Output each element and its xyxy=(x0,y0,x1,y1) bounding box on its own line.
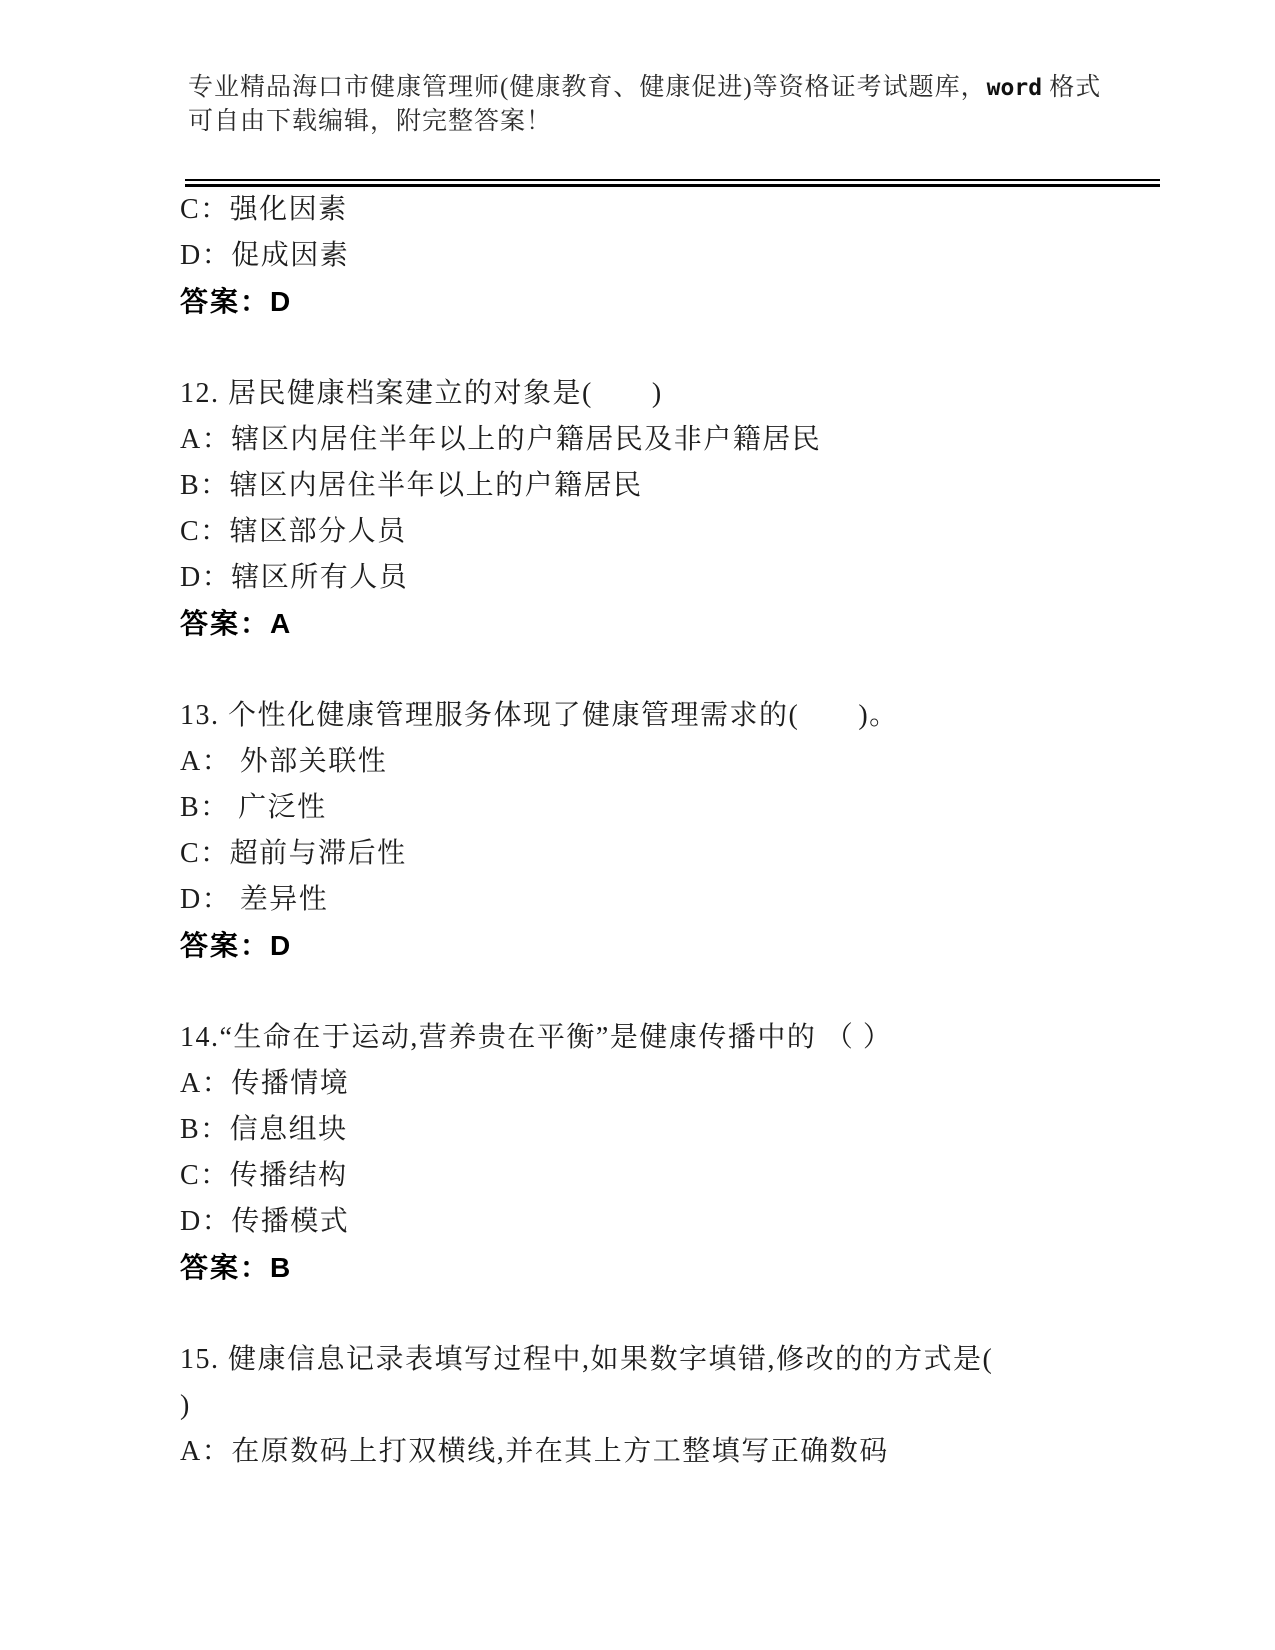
paragraph-spacer xyxy=(180,969,1110,1015)
header-line-2: 可自由下载编辑，附完整答案！ xyxy=(188,105,1165,138)
q11-answer: 答案：D xyxy=(180,279,1110,325)
q12-answer: 答案：A xyxy=(180,601,1110,647)
page-header: 专业精品海口市健康管理师(健康教育、健康促进)等资格证考试题库，word 格式 … xyxy=(188,71,1165,138)
q14-option-b: B：信息组块 xyxy=(180,1107,1110,1153)
q12-option-d: D：辖区所有人员 xyxy=(180,555,1110,601)
q11-option-d: D：促成因素 xyxy=(180,233,1110,279)
paragraph-spacer xyxy=(180,647,1110,693)
q14-title: 14.“生命在于运动,营养贵在平衡”是健康传播中的 （ ） xyxy=(180,1015,1110,1061)
question-list: C：强化因素 D：促成因素 答案：D 12. 居民健康档案建立的对象是( ) A… xyxy=(180,187,1110,1475)
q15-title-line-2: ) xyxy=(180,1383,1110,1429)
q11-option-c: C：强化因素 xyxy=(180,187,1110,233)
q13-answer: 答案：D xyxy=(180,923,1110,969)
document-page: 专业精品海口市健康管理师(健康教育、健康促进)等资格证考试题库，word 格式 … xyxy=(0,0,1275,1650)
q14-option-c: C：传播结构 xyxy=(180,1153,1110,1199)
question-14: 14.“生命在于运动,营养贵在平衡”是健康传播中的 （ ） A：传播情境 B：信… xyxy=(180,1015,1110,1291)
q14-option-d: D：传播模式 xyxy=(180,1199,1110,1245)
question-13: 13. 个性化健康管理服务体现了健康管理需求的( )。 A： 外部关联性 B： … xyxy=(180,693,1110,969)
q12-option-a: A：辖区内居住半年以上的户籍居民及非户籍居民 xyxy=(180,417,1110,463)
header-line-1: 专业精品海口市健康管理师(健康教育、健康促进)等资格证考试题库，word 格式 xyxy=(188,71,1165,105)
q15-title-line-1: 15. 健康信息记录表填写过程中,如果数字填错,修改的的方式是( xyxy=(180,1337,1110,1383)
q12-option-b: B：辖区内居住半年以上的户籍居民 xyxy=(180,463,1110,509)
q13-option-a: A： 外部关联性 xyxy=(180,739,1110,785)
q13-option-b: B： 广泛性 xyxy=(180,785,1110,831)
q12-option-c: C：辖区部分人员 xyxy=(180,509,1110,555)
header-line-1-pre: 专业精品海口市健康管理师(健康教育、健康促进)等资格证考试题库， xyxy=(188,74,987,101)
q14-answer: 答案：B xyxy=(180,1245,1110,1291)
paragraph-spacer xyxy=(180,1291,1110,1337)
header-line-1-post: 格式 xyxy=(1042,74,1101,101)
q13-title: 13. 个性化健康管理服务体现了健康管理需求的( )。 xyxy=(180,693,1110,739)
question-15: 15. 健康信息记录表填写过程中,如果数字填错,修改的的方式是( ) A：在原数… xyxy=(180,1337,1110,1475)
q13-option-c: C：超前与滞后性 xyxy=(180,831,1110,877)
q15-option-a: A：在原数码上打双横线,并在其上方工整填写正确数码 xyxy=(180,1429,1110,1475)
question-11-fragment: C：强化因素 D：促成因素 答案：D xyxy=(180,187,1110,325)
q13-option-d: D： 差异性 xyxy=(180,877,1110,923)
header-word-label: word xyxy=(987,75,1042,101)
q12-title: 12. 居民健康档案建立的对象是( ) xyxy=(180,371,1110,417)
question-12: 12. 居民健康档案建立的对象是( ) A：辖区内居住半年以上的户籍居民及非户籍… xyxy=(180,371,1110,647)
header-divider-rule xyxy=(185,179,1160,187)
q14-option-a: A：传播情境 xyxy=(180,1061,1110,1107)
paragraph-spacer xyxy=(180,325,1110,371)
